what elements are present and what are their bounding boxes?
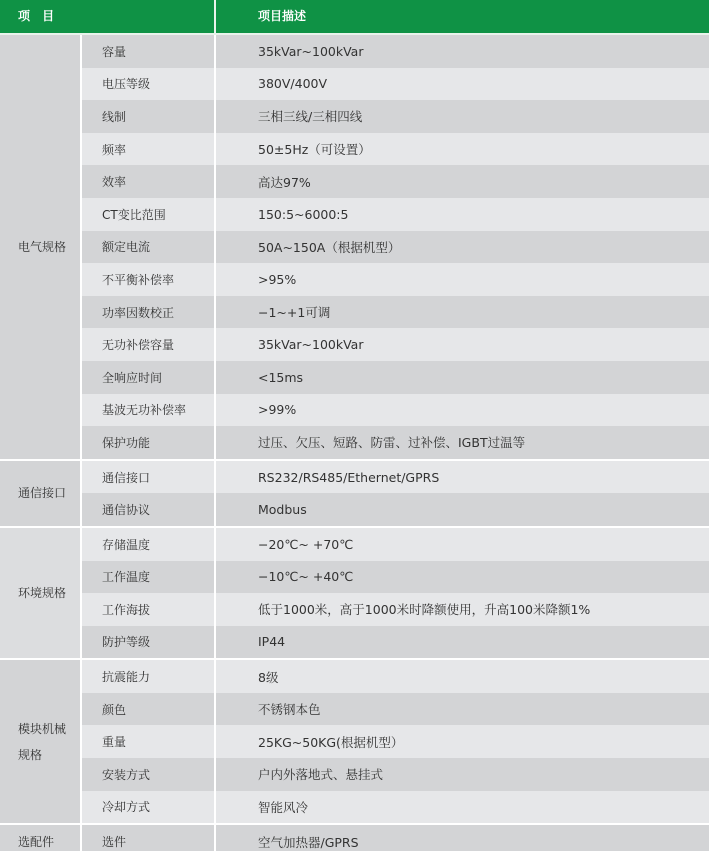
table-row: 选件空气加热器/GPRS — [82, 825, 709, 851]
table-row: 工作海拔低于1000米，高于1000米时降额使用，升高100米降额1% — [82, 593, 709, 626]
row-key: 不平衡补偿率 — [82, 263, 216, 296]
table-row: 基波无功补偿率>99% — [82, 394, 709, 427]
row-key: 通信接口 — [82, 461, 216, 494]
row-key: 功率因数校正 — [82, 296, 216, 329]
table-row: 工作温度−10℃~ +40℃ — [82, 561, 709, 594]
table-row: 通信接口RS232/RS485/Ethernet/GPRS — [82, 461, 709, 494]
table-row: 存储温度−20℃~ +70℃ — [82, 528, 709, 561]
row-key: 线制 — [82, 100, 216, 133]
table-row: CT变比范围150:5~6000:5 — [82, 198, 709, 231]
group-label: 环境规格 — [0, 528, 82, 658]
row-key: 工作海拔 — [82, 593, 216, 626]
row-value: 不锈钢本色 — [216, 693, 709, 726]
row-value: 8级 — [216, 660, 709, 693]
row-value: 25KG~50KG(根据机型） — [216, 725, 709, 758]
row-value: 过压、欠压、短路、防雷、过补偿、IGBT过温等 — [216, 426, 709, 459]
row-value: −1~+1可调 — [216, 296, 709, 329]
row-value: 35kVar~100kVar — [216, 35, 709, 68]
row-key: 工作温度 — [82, 561, 216, 594]
row-key: 通信协议 — [82, 493, 216, 526]
group-label: 电气规格 — [0, 35, 82, 459]
group-mechanical: 模块机械 规格 抗震能力8级 颜色不锈钢本色 重量25KG~50KG(根据机型）… — [0, 660, 709, 825]
group-options: 选配件 选件空气加热器/GPRS — [0, 825, 709, 851]
spec-table: 项 目 项目描述 电气规格 容量35kVar~100kVar 电压等级380V/… — [0, 0, 709, 851]
row-value: 三相三线/三相四线 — [216, 100, 709, 133]
row-key: 选件 — [82, 825, 216, 851]
row-value: Modbus — [216, 493, 709, 526]
table-row: 频率50±5Hz（可设置） — [82, 133, 709, 166]
row-key: 冷却方式 — [82, 791, 216, 824]
row-key: 安装方式 — [82, 758, 216, 791]
row-key: 抗震能力 — [82, 660, 216, 693]
row-key: 无功补偿容量 — [82, 328, 216, 361]
table-row: 不平衡补偿率>95% — [82, 263, 709, 296]
group-label: 通信接口 — [0, 461, 82, 526]
table-row: 重量25KG~50KG(根据机型） — [82, 725, 709, 758]
row-value: 35kVar~100kVar — [216, 328, 709, 361]
row-value: 50±5Hz（可设置） — [216, 133, 709, 166]
row-value: <15ms — [216, 361, 709, 394]
row-key: 颜色 — [82, 693, 216, 726]
table-row: 颜色不锈钢本色 — [82, 693, 709, 726]
row-value: 380V/400V — [216, 68, 709, 101]
row-key: 效率 — [82, 165, 216, 198]
row-value: 空气加热器/GPRS — [216, 825, 709, 851]
table-row: 额定电流50A~150A（根据机型） — [82, 231, 709, 264]
group-electrical: 电气规格 容量35kVar~100kVar 电压等级380V/400V 线制三相… — [0, 35, 709, 461]
row-key: 保护功能 — [82, 426, 216, 459]
group-label: 模块机械 规格 — [0, 660, 82, 823]
row-value: >99% — [216, 394, 709, 427]
group-label-line1: 模块机械 — [18, 716, 66, 742]
row-value: RS232/RS485/Ethernet/GPRS — [216, 461, 709, 494]
row-value: −20℃~ +70℃ — [216, 528, 709, 561]
table-row: 容量35kVar~100kVar — [82, 35, 709, 68]
table-row: 保护功能过压、欠压、短路、防雷、过补偿、IGBT过温等 — [82, 426, 709, 459]
header-description: 项目描述 — [216, 0, 709, 33]
row-key: 电压等级 — [82, 68, 216, 101]
row-key: 容量 — [82, 35, 216, 68]
table-row: 功率因数校正−1~+1可调 — [82, 296, 709, 329]
row-value: >95% — [216, 263, 709, 296]
row-key: 频率 — [82, 133, 216, 166]
row-key: 防护等级 — [82, 626, 216, 659]
table-row: 全响应时间<15ms — [82, 361, 709, 394]
row-value: 户内外落地式、悬挂式 — [216, 758, 709, 791]
row-value: 50A~150A（根据机型） — [216, 231, 709, 264]
row-key: 基波无功补偿率 — [82, 394, 216, 427]
group-label-line2: 规格 — [18, 742, 42, 768]
table-row: 通信协议Modbus — [82, 493, 709, 526]
row-value: 高达97% — [216, 165, 709, 198]
row-key: 重量 — [82, 725, 216, 758]
row-value: IP44 — [216, 626, 709, 659]
row-value: 智能风冷 — [216, 791, 709, 824]
table-row: 抗震能力8级 — [82, 660, 709, 693]
table-row: 效率高达97% — [82, 165, 709, 198]
row-key: CT变比范围 — [82, 198, 216, 231]
row-value: 150:5~6000:5 — [216, 198, 709, 231]
table-row: 冷却方式智能风冷 — [82, 791, 709, 824]
table-row: 防护等级IP44 — [82, 626, 709, 659]
table-row: 无功补偿容量35kVar~100kVar — [82, 328, 709, 361]
header-item: 项 目 — [0, 0, 216, 33]
group-label: 选配件 — [0, 825, 82, 851]
row-key: 额定电流 — [82, 231, 216, 264]
row-value: 低于1000米，高于1000米时降额使用，升高100米降额1% — [216, 593, 709, 626]
group-environment: 环境规格 存储温度−20℃~ +70℃ 工作温度−10℃~ +40℃ 工作海拔低… — [0, 528, 709, 660]
group-communication: 通信接口 通信接口RS232/RS485/Ethernet/GPRS 通信协议M… — [0, 461, 709, 528]
row-value: −10℃~ +40℃ — [216, 561, 709, 594]
table-row: 安装方式户内外落地式、悬挂式 — [82, 758, 709, 791]
row-key: 全响应时间 — [82, 361, 216, 394]
table-row: 线制三相三线/三相四线 — [82, 100, 709, 133]
table-row: 电压等级380V/400V — [82, 68, 709, 101]
row-key: 存储温度 — [82, 528, 216, 561]
table-header: 项 目 项目描述 — [0, 0, 709, 33]
